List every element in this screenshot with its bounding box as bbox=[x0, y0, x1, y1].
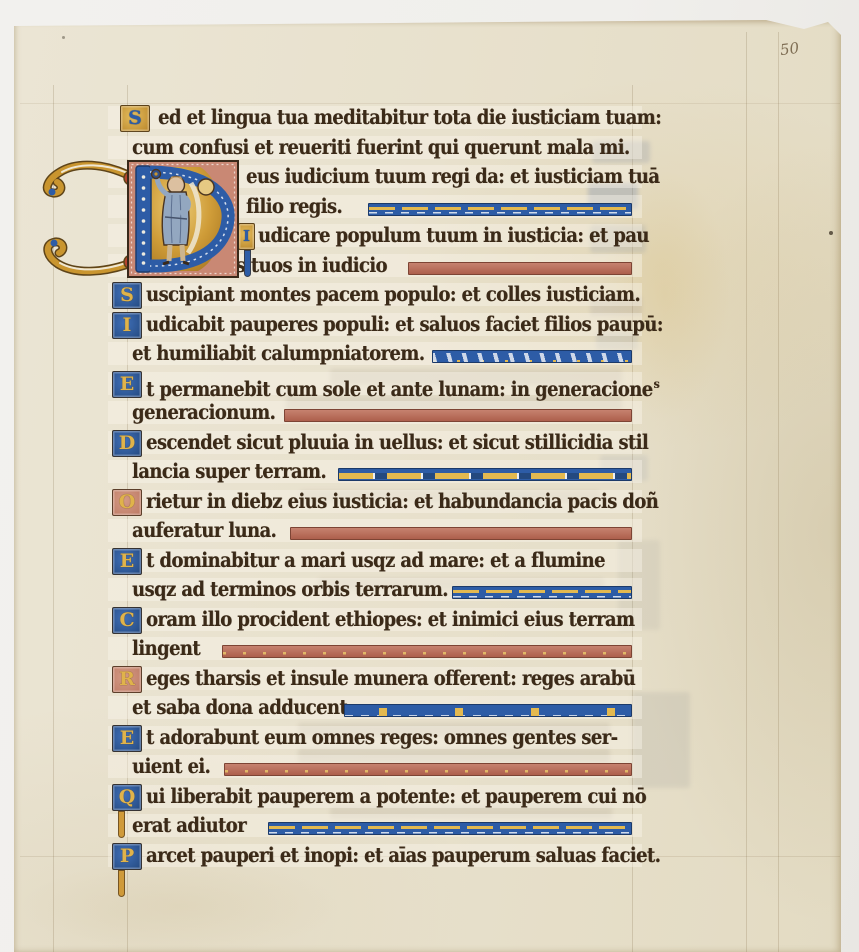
psalm-text: filio regis. bbox=[246, 193, 342, 222]
text-line: Sed et lingua tua meditabitur tota die i… bbox=[0, 104, 859, 134]
psalm-text: t dominabitur a mari usqz ad mare: et a … bbox=[146, 547, 605, 576]
text-line: erat adiutor bbox=[0, 812, 859, 842]
line-filler-red bbox=[222, 645, 632, 658]
line-filler-blue bbox=[344, 704, 632, 717]
illuminated-initial: I bbox=[112, 312, 142, 339]
initial-D-artwork bbox=[30, 148, 242, 292]
psalm-text: uient ei. bbox=[132, 753, 210, 782]
psalm-text: eges tharsis et insule munera offerent: … bbox=[146, 665, 635, 694]
text-line: et saba dona adducent bbox=[0, 694, 859, 724]
tendril-flourish bbox=[47, 165, 134, 271]
text-line: Iudicabit pauperes populi: et saluos fac… bbox=[0, 311, 859, 341]
psalm-text: ed et lingua tua meditabitur tota die iu… bbox=[158, 104, 661, 133]
psalm-text: arcet pauperi et inopi: et aīas pauperum… bbox=[146, 842, 660, 871]
text-line: Parcet pauperi et inopi: et aīas pauperu… bbox=[0, 842, 859, 872]
illuminated-initial: E bbox=[112, 371, 142, 398]
illuminated-initial: P bbox=[112, 843, 142, 870]
text-line: lancia super terram. bbox=[0, 458, 859, 488]
line-filler-blue bbox=[338, 468, 632, 481]
illuminated-initial: C bbox=[112, 607, 142, 634]
psalm-text: t adorabunt eum omnes reges: omnes gente… bbox=[146, 724, 617, 753]
psalm-text: lingent bbox=[132, 635, 200, 664]
text-line: usqz ad terminos orbis terrarum. bbox=[0, 576, 859, 606]
text-line: generacionum. bbox=[0, 399, 859, 429]
line-filler-blue bbox=[432, 350, 632, 363]
line-filler-red bbox=[290, 527, 632, 540]
text-line: Qui liberabit pauperem a potente: et pau… bbox=[0, 783, 859, 813]
line-filler-blue bbox=[268, 822, 632, 835]
psalm-text: usqz ad terminos orbis terrarum. bbox=[132, 576, 448, 605]
text-line: Et adorabunt eum omnes reges: omnes gent… bbox=[0, 724, 859, 754]
text-line: Reges tharsis et insule munera offerent:… bbox=[0, 665, 859, 695]
photo-background: 50 Sed et lingua tua meditabitur tota di… bbox=[0, 0, 859, 952]
text-line: Coram illo procident ethiopes: et inimic… bbox=[0, 606, 859, 636]
psalm-text: rietur in diebz eius iusticia: et habund… bbox=[146, 488, 658, 517]
illuminated-initial: O bbox=[112, 489, 142, 516]
psalm-text: escendet sicut pluuia in uellus: et sicu… bbox=[146, 429, 648, 458]
line-filler-red bbox=[224, 763, 632, 776]
historiated-initial-D bbox=[30, 148, 242, 292]
illuminated-initial: S bbox=[120, 105, 150, 132]
initial-descender bbox=[118, 811, 125, 838]
line-filler-blue bbox=[452, 586, 632, 599]
initial-descender bbox=[244, 250, 251, 277]
text-line: auferatur luna. bbox=[0, 517, 859, 547]
text-line: Et dominabitur a mari usqz ad mare: et a… bbox=[0, 547, 859, 577]
psalm-text: auferatur luna. bbox=[132, 517, 276, 546]
psalm-text: udicabit pauperes populi: et saluos faci… bbox=[146, 311, 663, 340]
text-line: lingent bbox=[0, 635, 859, 665]
illuminated-initial: E bbox=[112, 548, 142, 575]
psalm-text: eus iudicium tuum regi da: et iusticiam … bbox=[246, 163, 659, 192]
line-filler-blue bbox=[368, 203, 632, 216]
psalm-text: et saba dona adducent bbox=[132, 694, 347, 723]
psalm-text: lancia super terram. bbox=[132, 458, 326, 487]
psalm-text: ui liberabit pauperem a potente: et paup… bbox=[146, 783, 646, 812]
line-filler-red bbox=[284, 409, 632, 422]
illuminated-initial: E bbox=[112, 725, 142, 752]
psalm-text: erat adiutor bbox=[132, 812, 246, 841]
initial-descender bbox=[118, 870, 125, 897]
psalm-text: oram illo procident ethiopes: et inimici… bbox=[146, 606, 634, 635]
text-block: Sed et lingua tua meditabitur tota die i… bbox=[0, 0, 859, 952]
psalm-text: udicare populum tuum in iusticia: et pau bbox=[258, 222, 649, 251]
text-line: Et permanebit cum sole et ante lunam: in… bbox=[0, 370, 859, 400]
superscript-abbreviation: s bbox=[654, 376, 660, 391]
illuminated-initial: Q bbox=[112, 784, 142, 811]
text-line: Orietur in diebz eius iusticia: et habun… bbox=[0, 488, 859, 518]
psalm-text: et humiliabit calumpniatorem. bbox=[132, 340, 424, 369]
text-line: Descendet sicut pluuia in uellus: et sic… bbox=[0, 429, 859, 459]
line-filler-red bbox=[408, 262, 632, 275]
psalm-text: generacionum. bbox=[132, 399, 275, 428]
text-line: et humiliabit calumpniatorem. bbox=[0, 340, 859, 370]
illuminated-initial: R bbox=[112, 666, 142, 693]
text-line: uient ei. bbox=[0, 753, 859, 783]
illuminated-initial: D bbox=[112, 430, 142, 457]
